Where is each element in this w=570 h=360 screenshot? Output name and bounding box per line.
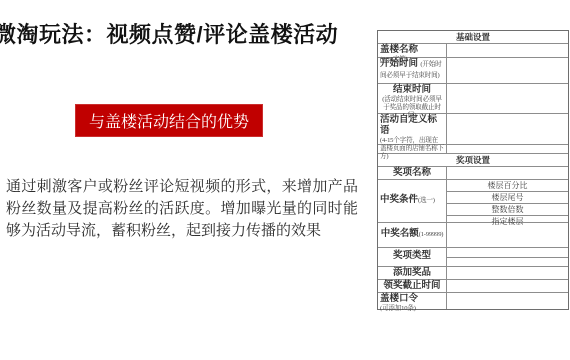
advantage-badge: 与盖楼活动结合的优势	[75, 104, 263, 137]
field-label-add-prize: 添加奖品	[378, 267, 447, 279]
row-award-name: 奖项名称	[378, 166, 568, 179]
row-claim-deadline: 领奖截止时间	[378, 279, 568, 292]
field-value-start-time	[447, 58, 568, 83]
field-label-award-name: 奖项名称	[378, 167, 447, 179]
field-value-end-time	[447, 84, 568, 113]
row-build-name: 盖楼名称 (0/20字符)	[378, 43, 568, 57]
field-label-win-condition: 中奖条件 (选一)	[378, 180, 447, 222]
field-value-custom-slogan	[447, 114, 568, 144]
field-label-build-name: 盖楼名称 (0/20字符)	[378, 44, 447, 57]
section-header-basic-settings: 基础设置	[378, 31, 568, 43]
award-type-subcells	[447, 248, 568, 266]
row-custom-slogan: 活动自定义标语 (4-15个字符，出现在盖楼页面的店铺名称下方)	[378, 113, 568, 144]
field-label-start-time: 开始时间 (开始时间必须早于结束时间)	[378, 58, 447, 83]
spacer-right-cell	[447, 145, 568, 153]
field-label-claim-deadline: 领奖截止时间	[378, 280, 447, 292]
field-label-custom-slogan: 活动自定义标语 (4-15个字符，出现在盖楼页面的店铺名称下方)	[378, 114, 447, 144]
option-integer-multiple: 整数倍数	[447, 204, 568, 216]
row-spacer	[378, 144, 568, 153]
award-type-subcell-1	[447, 248, 568, 258]
award-type-subcell-2	[447, 258, 568, 267]
win-condition-options: 楼层百分比 楼层尾号 整数倍数 指定楼层	[447, 180, 568, 222]
field-label-winner-quota: 中奖名额 (1-99999)	[378, 223, 447, 247]
spacer-left-cell	[378, 145, 447, 153]
row-start-time: 开始时间 (开始时间必须早于结束时间)	[378, 57, 568, 83]
slide-canvas: 微淘玩法：视频点赞/评论盖楼活动 与盖楼活动结合的优势 通过刺激客户或粉丝评论短…	[0, 0, 570, 360]
section-header-award-settings: 奖项设置	[378, 153, 568, 166]
row-award-type: 奖项类型	[378, 247, 568, 266]
field-label-end-time: 结束时间 (活动结束时间必须早于奖品的领取截止时间)	[378, 84, 447, 113]
field-value-claim-deadline	[447, 280, 568, 292]
field-value-award-name	[447, 167, 568, 179]
row-end-time: 结束时间 (活动结束时间必须早于奖品的领取截止时间)	[378, 83, 568, 113]
field-label-build-password: 盖楼口令 (可添加10条)	[378, 293, 447, 309]
section-header-award-label-wrap: 奖项设置	[378, 154, 568, 166]
field-value-build-password	[447, 293, 568, 309]
field-label-award-type: 奖项类型	[378, 248, 447, 266]
page-title: 微淘玩法：视频点赞/评论盖楼活动	[0, 18, 338, 49]
section-header-award-label: 奖项设置	[456, 154, 490, 166]
section-header-basic-label: 基础设置	[456, 31, 490, 43]
field-value-winner-quota	[447, 223, 568, 247]
option-floor-tail-number: 楼层尾号	[447, 192, 568, 204]
row-winner-quota: 中奖名额 (1-99999)	[378, 222, 568, 247]
field-value-build-name	[447, 44, 568, 57]
row-add-prize: 添加奖品	[378, 266, 568, 279]
activity-settings-table: 基础设置 盖楼名称 (0/20字符) 开始时间 (开始时间必须早于结束时间) 结…	[377, 30, 569, 310]
option-floor-percentage: 楼层百分比	[447, 180, 568, 192]
advantage-badge-label: 与盖楼活动结合的优势	[89, 109, 249, 132]
field-value-add-prize	[447, 267, 568, 279]
description-paragraph: 通过刺激客户或粉丝评论短视频的形式，来增加产品粉丝数量及提高粉丝的活跃度。增加曝…	[6, 176, 358, 242]
row-build-password: 盖楼口令 (可添加10条)	[378, 292, 568, 309]
row-win-condition: 中奖条件 (选一) 楼层百分比 楼层尾号 整数倍数 指定楼层	[378, 179, 568, 222]
